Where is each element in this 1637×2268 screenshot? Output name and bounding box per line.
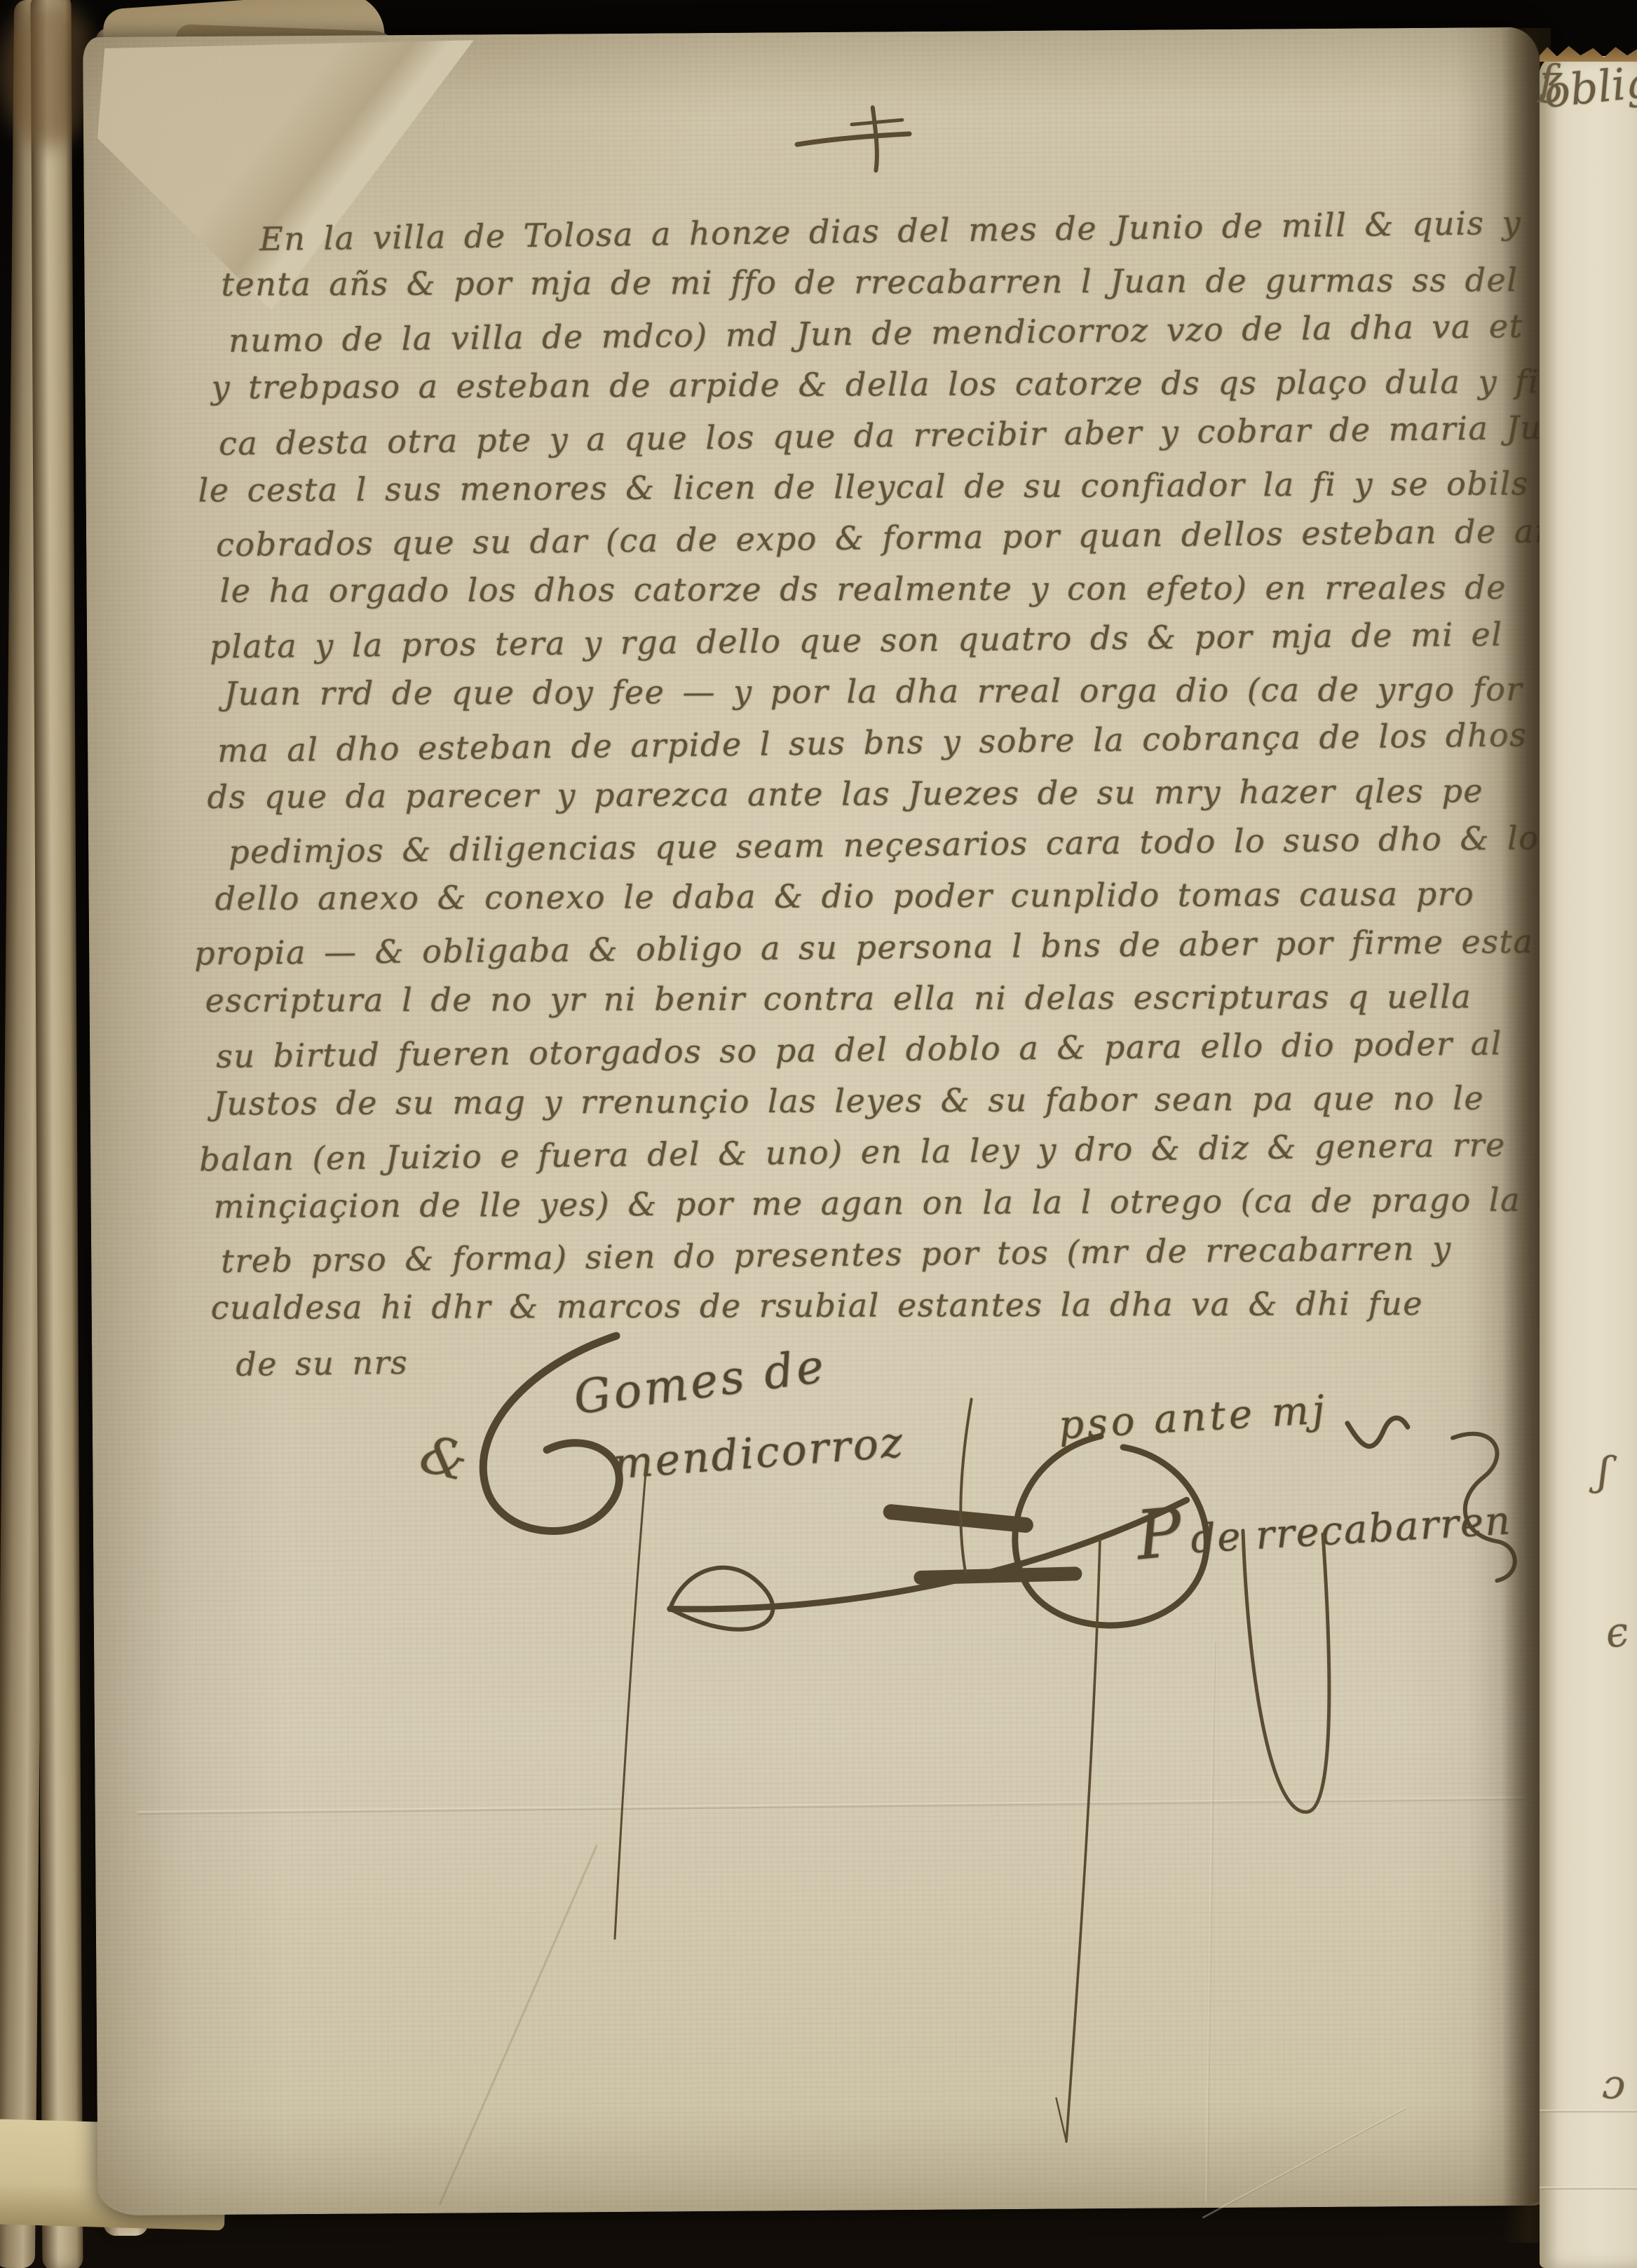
facing-page-crease <box>1540 2110 1637 2112</box>
manuscript-page: En la villa de Tolosa a honze dias del m… <box>83 27 1555 2215</box>
text-line: de su nrs <box>236 1323 1554 1391</box>
facing-edge-fragment: ʃ <box>1596 1447 1612 1495</box>
text-line: tenta añs & por mja de mi ffo de rrecaba… <box>221 254 1546 310</box>
closing-rubric: & <box>414 1423 473 1493</box>
signature-recabarren-name: de rrecabarren <box>1189 1498 1512 1562</box>
facing-page-sliver: obligⁿ ʃ є ɔ ʒ ſ <box>1540 56 1637 2268</box>
text-line: propia — & obligaba & obligo a su person… <box>194 916 1551 980</box>
facing-page-crease <box>1540 2187 1637 2190</box>
text-line: cobrados que su dar (ca de expo & forma … <box>216 505 1549 571</box>
text-line: su birtud fueren otorgados so pa del dob… <box>216 1018 1552 1082</box>
text-line: escriptura l de no yr ni benir contra el… <box>205 971 1551 1026</box>
signature-gomes-de-mendicorroz-line2: mendicorroz <box>611 1418 906 1489</box>
horizontal-crease <box>137 1796 1526 1815</box>
invocation-cross-mark <box>797 107 910 171</box>
manuscript-text-block: En la villa de Tolosa a honze dias del m… <box>228 201 1554 1387</box>
text-line: plata y la pros tera y rga dello que son… <box>210 608 1549 672</box>
facing-edge-fragment: ſ <box>1540 56 1554 104</box>
diagonal-crease <box>439 1845 598 2205</box>
text-line: le ha orgado los dhos catorze ds realmen… <box>219 562 1548 617</box>
ante-mi-note: pso ante mj <box>1057 1387 1329 1449</box>
facing-edge-fragment: ɔ <box>1601 2060 1627 2109</box>
manuscript-photo: En la villa de Tolosa a honze dias del m… <box>0 0 1637 2268</box>
text-line: treb prso & forma) sien do presentes por… <box>221 1222 1554 1287</box>
diagonal-crease <box>1202 2107 1407 2219</box>
descender-strokes <box>611 1397 1333 2145</box>
signature-recabarren-initial: P <box>1133 1493 1186 1576</box>
text-line: dello anexo & conexo le daba & dio poder… <box>215 868 1550 924</box>
text-line: pedimjos & diligencias que seam neçesari… <box>229 812 1551 877</box>
vertical-crease <box>1205 1641 1216 2202</box>
facing-edge-fragment: є <box>1602 1607 1631 1658</box>
